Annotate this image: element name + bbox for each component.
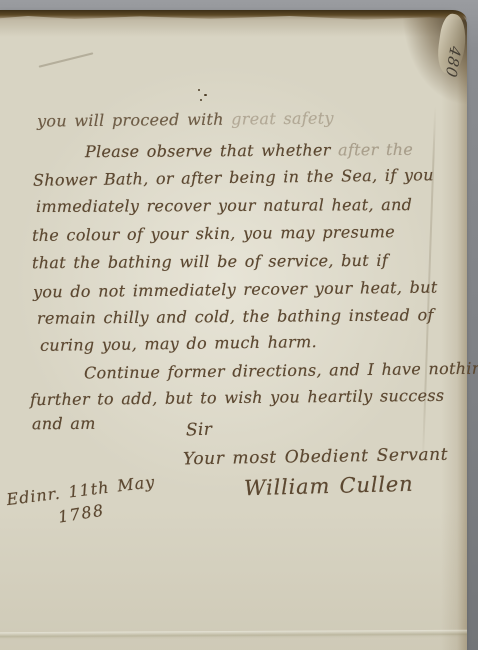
letter-line: Please observe that whether after the	[85, 140, 413, 161]
letter-line: remain chilly and cold, the bathing inst…	[37, 305, 434, 327]
line-text: curing you, may do much harm.	[40, 332, 317, 355]
horizontal-fold-crease	[0, 630, 467, 640]
faded-line-text: great safety	[231, 108, 334, 128]
line-text: and am	[32, 414, 96, 433]
letter-line: immediately recover your natural heat, a…	[36, 195, 412, 216]
line-text: Please observe that whether	[85, 140, 338, 161]
letter-line: and am	[32, 414, 96, 433]
line-text: Shower Bath, or after being in the Sea, …	[33, 165, 434, 190]
letter-line: you will proceed with great safety	[37, 108, 334, 130]
letter-line: you do not immediately recover your heat…	[33, 278, 438, 302]
dateline-year: 1788	[57, 500, 106, 526]
closing-valediction: Your most Obedient Servant	[183, 445, 448, 470]
line-text: the colour of your skin, you may presume	[32, 222, 395, 245]
letter-line: further to add, but to wish you heartily…	[30, 386, 445, 409]
closing-salutation: Sir	[186, 420, 213, 441]
letter-line: curing you, may do much harm.	[40, 332, 317, 355]
letter-line: the colour of your skin, you may presume	[32, 222, 395, 245]
line-text: that the bathing will be of service, but…	[32, 251, 388, 272]
letter-page: 480 you will proceed with great safety P…	[0, 11, 467, 650]
letter-line: Shower Bath, or after being in the Sea, …	[33, 165, 434, 190]
signature: William Cullen	[244, 472, 414, 500]
line-text: you do not immediately recover your heat…	[33, 278, 438, 302]
paper-crease-mark	[39, 52, 94, 67]
line-text: remain chilly and cold, the bathing inst…	[37, 305, 434, 327]
letter-line: Continue former directions, and I have n…	[84, 359, 478, 383]
line-text: further to add, but to wish you heartily…	[30, 386, 445, 409]
ink-specks	[196, 89, 210, 103]
manuscript-scan: 480 you will proceed with great safety P…	[0, 0, 478, 650]
line-text: you will proceed with	[37, 110, 231, 131]
line-text: immediately recover your natural heat, a…	[36, 195, 412, 216]
faded-line-text: after the	[338, 140, 413, 160]
line-text: Continue former directions, and I have n…	[84, 359, 478, 383]
aged-top-edge	[0, 10, 467, 21]
letter-line: that the bathing will be of service, but…	[32, 251, 388, 272]
